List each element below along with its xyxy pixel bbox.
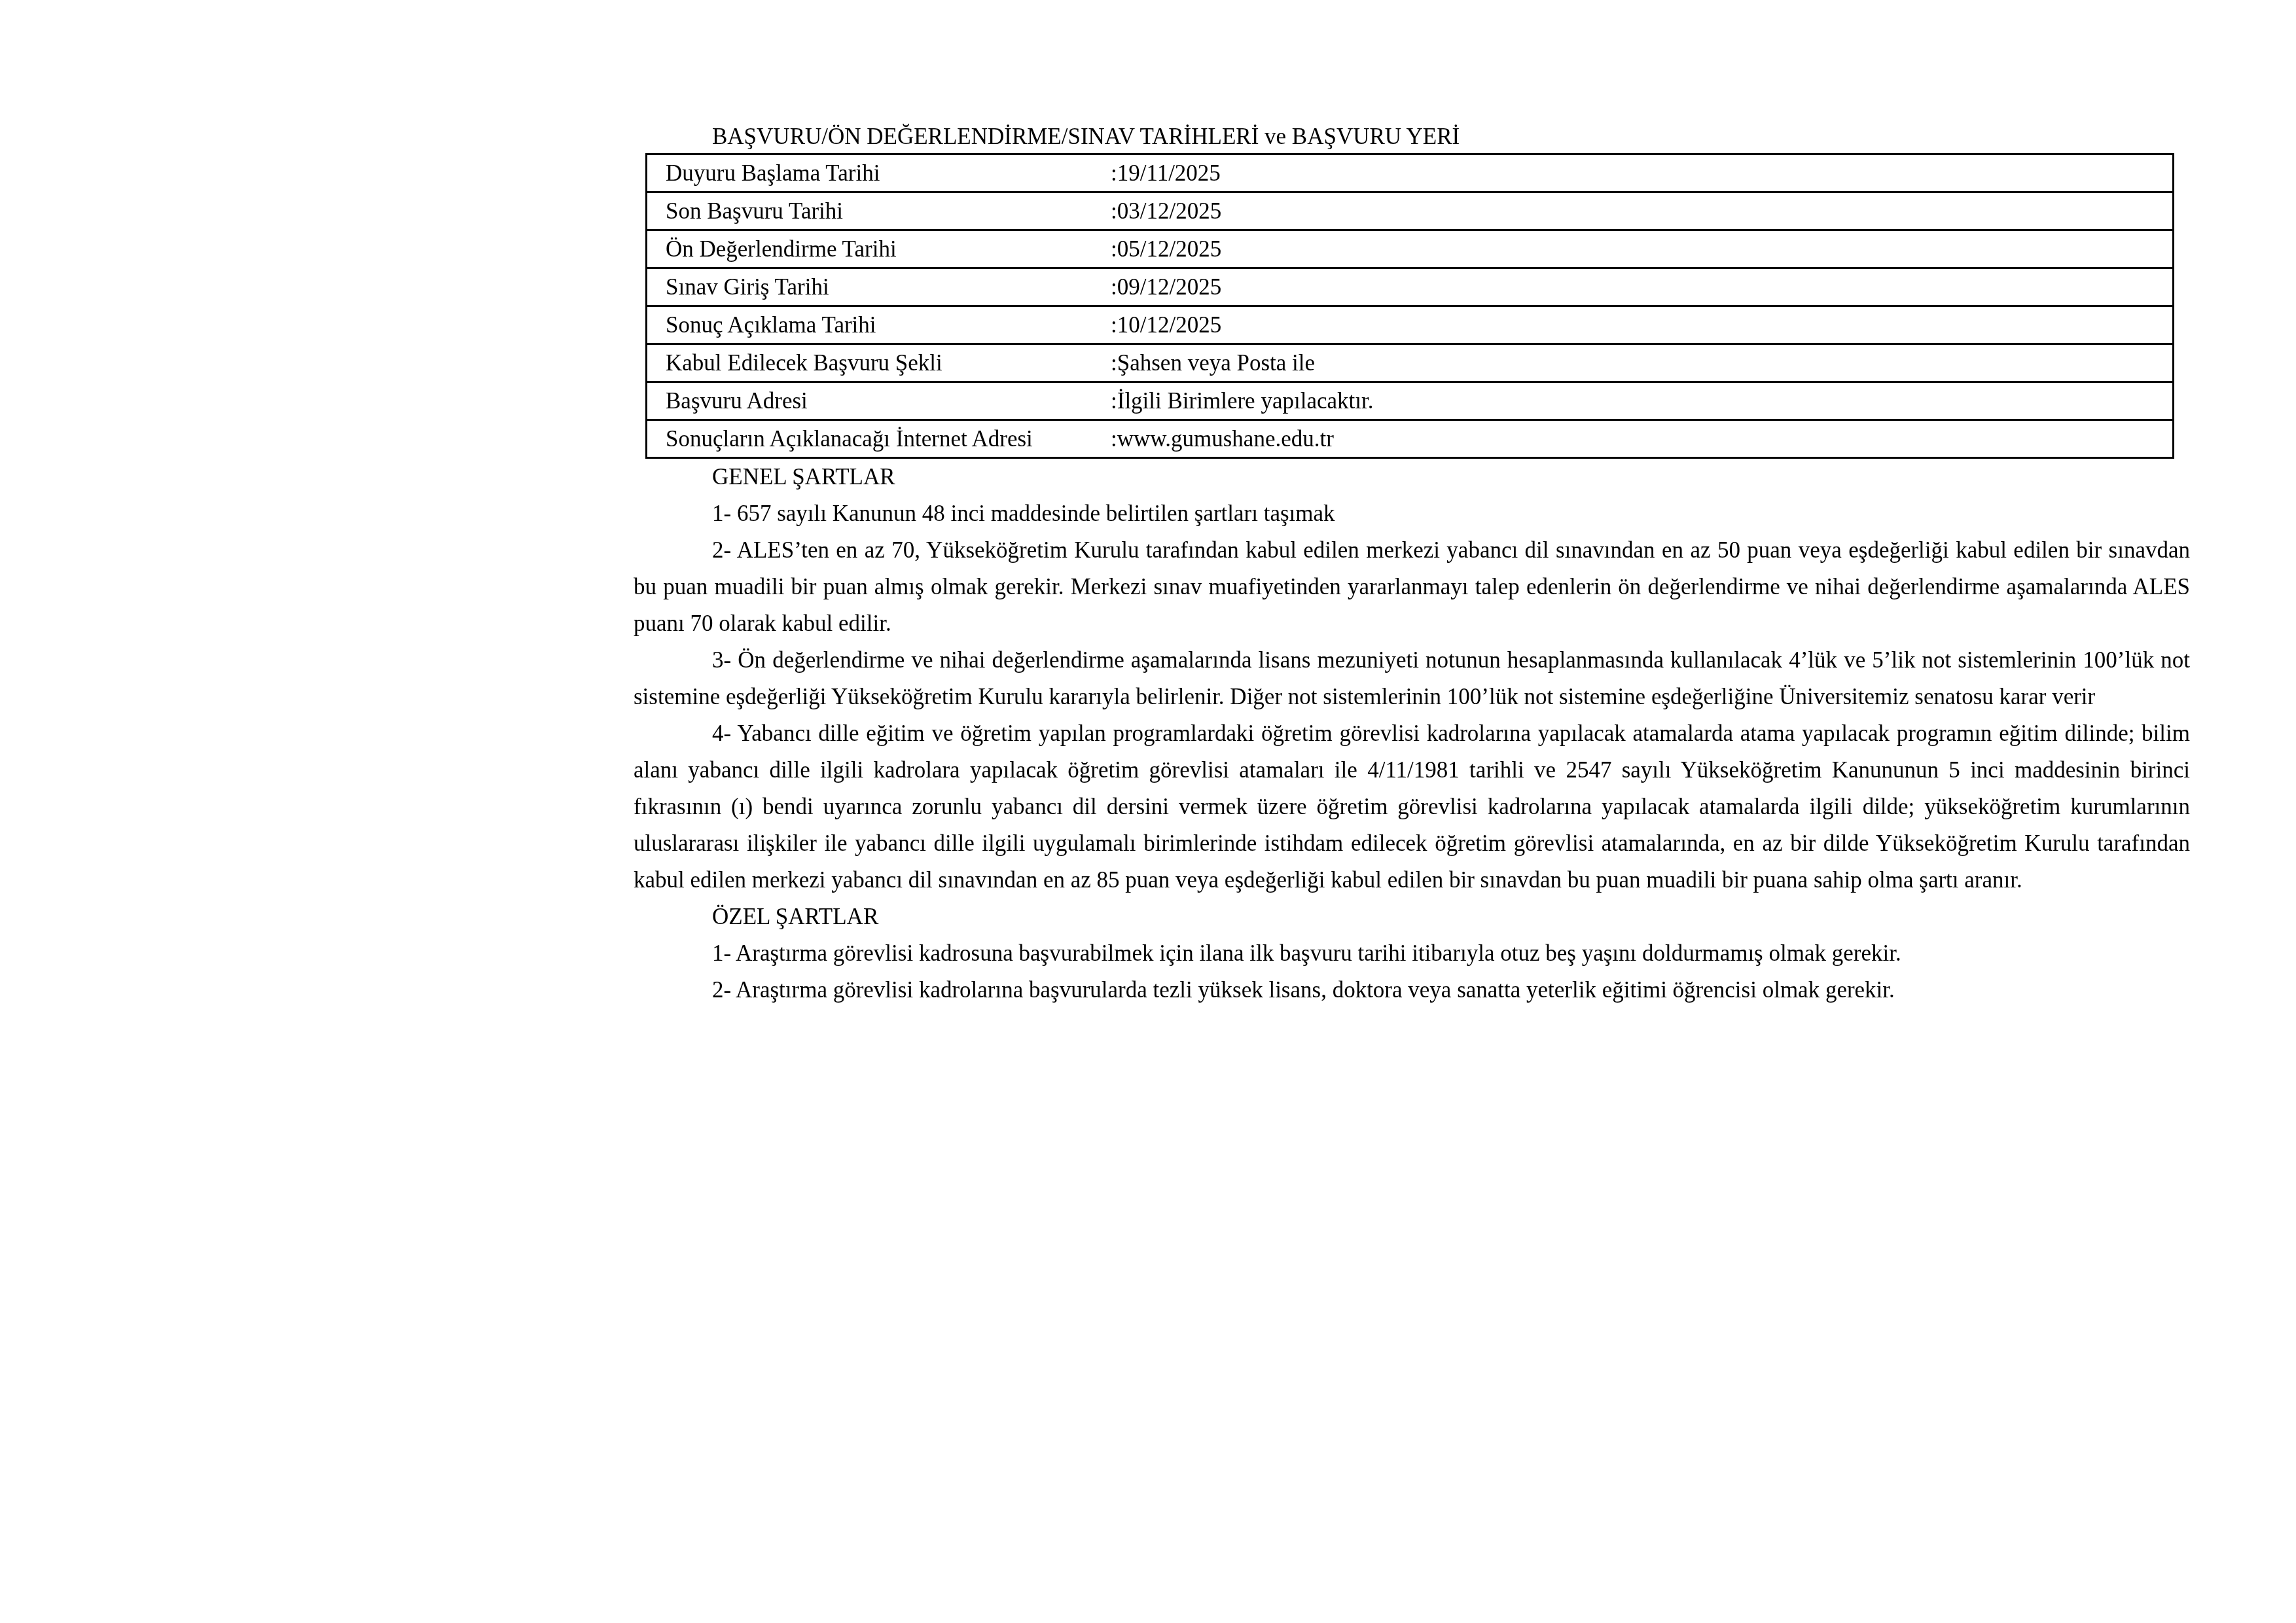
row-value: :09/12/2025 [1111, 268, 2174, 306]
row-label: Sonuç Açıklama Tarihi [647, 306, 1111, 344]
row-label: Duyuru Başlama Tarihi [647, 154, 1111, 192]
table-row: Sonuç Açıklama Tarihi :10/12/2025 [647, 306, 2174, 344]
row-value: :Şahsen veya Posta ile [1111, 344, 2174, 382]
table-row: Sınav Giriş Tarihi :09/12/2025 [647, 268, 2174, 306]
row-label: Başvuru Adresi [647, 382, 1111, 420]
table-row: Başvuru Adresi :İlgili Birimlere yapılac… [647, 382, 2174, 420]
row-value: :10/12/2025 [1111, 306, 2174, 344]
row-value: :İlgili Birimlere yapılacaktır. [1111, 382, 2174, 420]
special-condition-1: 1- Araştırma görevlisi kadrosuna başvura… [634, 935, 2190, 972]
row-label: Son Başvuru Tarihi [647, 192, 1111, 230]
table-row: Sonuçların Açıklanacağı İnternet Adresi … [647, 420, 2174, 458]
row-value: :05/12/2025 [1111, 230, 2174, 268]
document-page: BAŞVURU/ÖN DEĞERLENDİRME/SINAV TARİHLERİ… [0, 0, 2296, 1623]
row-label: Sonuçların Açıklanacağı İnternet Adresi [647, 420, 1111, 458]
row-value: :19/11/2025 [1111, 154, 2174, 192]
table-row: Son Başvuru Tarihi :03/12/2025 [647, 192, 2174, 230]
general-conditions-heading: GENEL ŞARTLAR [634, 459, 2190, 495]
table-row: Duyuru Başlama Tarihi :19/11/2025 [647, 154, 2174, 192]
row-label: Kabul Edilecek Başvuru Şekli [647, 344, 1111, 382]
row-label: Sınav Giriş Tarihi [647, 268, 1111, 306]
application-dates-table: Duyuru Başlama Tarihi :19/11/2025 Son Ba… [645, 153, 2174, 459]
table-row: Kabul Edilecek Başvuru Şekli :Şahsen vey… [647, 344, 2174, 382]
table-title: BAŞVURU/ÖN DEĞERLENDİRME/SINAV TARİHLERİ… [634, 120, 2190, 153]
results-website: :www.gumushane.edu.tr [1111, 420, 2174, 458]
general-condition-3: 3- Ön değerlendirme ve nihai değerlendir… [634, 642, 2190, 715]
document-content: BAŞVURU/ÖN DEĞERLENDİRME/SINAV TARİHLERİ… [634, 120, 2190, 1008]
general-condition-2: 2- ALES’ten en az 70, Yükseköğretim Kuru… [634, 532, 2190, 642]
general-condition-1: 1- 657 sayılı Kanunun 48 inci maddesinde… [634, 495, 2190, 532]
special-conditions-heading: ÖZEL ŞARTLAR [634, 899, 2190, 935]
row-value: :03/12/2025 [1111, 192, 2174, 230]
special-condition-2: 2- Araştırma görevlisi kadrolarına başvu… [634, 972, 2190, 1008]
general-condition-4: 4- Yabancı dille eğitim ve öğretim yapıl… [634, 715, 2190, 899]
table-row: Ön Değerlendirme Tarihi :05/12/2025 [647, 230, 2174, 268]
row-label: Ön Değerlendirme Tarihi [647, 230, 1111, 268]
